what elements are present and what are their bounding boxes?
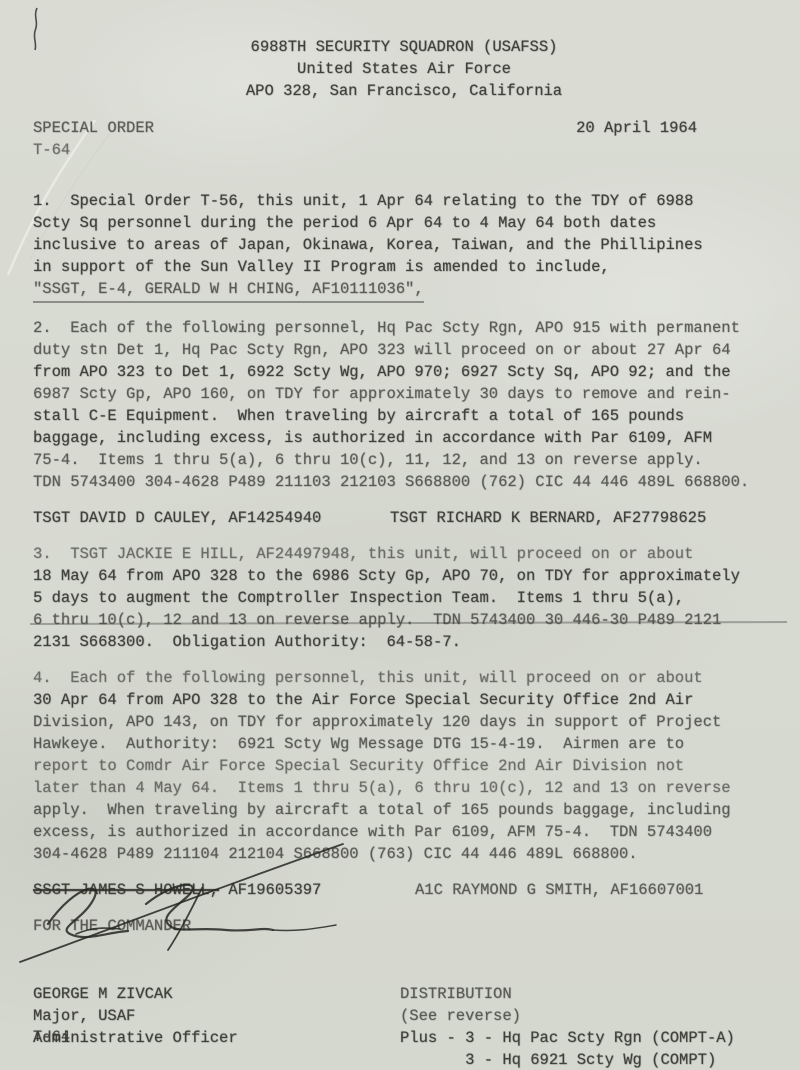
distribution-line: 3 - Hq 6921 Scty Wg (COMPT) — [400, 1049, 735, 1070]
text-line: Hawkeye. Authority: 6921 Scty Wg Message… — [33, 733, 775, 755]
paragraph-1: 1. Special Order T-56, this unit, 1 Apr … — [33, 190, 775, 303]
text-line: 3. TSGT JACKIE E HILL, AF24497948, this … — [33, 543, 775, 565]
document-page: 6988TH SECURITY SQUADRON (USAFSS) United… — [0, 0, 800, 1070]
text-line: from APO 323 to Det 1, 6922 Scty Wg, APO… — [33, 361, 775, 383]
signer-title: Administrative Officer — [33, 1027, 400, 1049]
text-line: 304-4628 P489 211104 212104 S668800 (763… — [33, 843, 775, 865]
unit-address: APO 328, San Francisco, California — [33, 80, 775, 102]
text-line: stall C-E Equipment. When traveling by a… — [33, 405, 775, 427]
text-line: inclusive to areas of Japan, Okinawa, Ko… — [33, 234, 775, 256]
personnel-line-2: SSGT JAMES S HOWELL, AF19605397 A1C RAYM… — [33, 879, 775, 901]
order-number: T-64 — [33, 139, 154, 161]
struck-text-line: 6 thru 10(c), 12 and 13 on reverse apply… — [33, 609, 775, 631]
text-line: Scty Sq personnel during the period 6 Ap… — [33, 212, 775, 234]
signature-block: GEORGE M ZIVCAK Major, USAF Administrati… — [33, 983, 400, 1070]
document-content: 6988TH SECURITY SQUADRON (USAFSS) United… — [0, 0, 800, 1070]
text-line: 2. Each of the following personnel, Hq P… — [33, 317, 775, 339]
closing-authority-line: FOR THE COMMANDER — [33, 915, 775, 937]
personnel-line-1: TSGT DAVID D CAULEY, AF14254940 TSGT RIC… — [33, 507, 775, 529]
text-line: 75-4. Items 1 thru 5(a), 6 thru 10(c), 1… — [33, 449, 775, 471]
text-line: apply. When traveling by aircraft a tota… — [33, 799, 775, 821]
text-line: report to Comdr Air Force Special Securi… — [33, 755, 775, 777]
text-line: 18 May 64 from APO 328 to the 6986 Scty … — [33, 565, 775, 587]
signature-and-distribution: GEORGE M ZIVCAK Major, USAF Administrati… — [33, 983, 775, 1070]
paragraph-4: 4. Each of the following personnel, this… — [33, 667, 775, 865]
text-line: 5 days to augment the Comptroller Inspec… — [33, 587, 775, 609]
personnel-name: TSGT DAVID D CAULEY, AF14254940 — [33, 507, 390, 529]
personnel-name: A1C RAYMOND G SMITH, AF16607001 — [415, 879, 703, 901]
text-line: 4. Each of the following personnel, this… — [33, 667, 775, 689]
struck-personnel-name: SSGT JAMES S HOWELL, — [33, 881, 219, 899]
text-line: 1. Special Order T-56, this unit, 1 Apr … — [33, 190, 775, 212]
distribution-line: (See reverse) — [400, 1005, 735, 1027]
text-line: in support of the Sun Valley II Program … — [33, 256, 775, 278]
text-line: duty stn Det 1, Hq Pac Scty Rgn, APO 323… — [33, 339, 775, 361]
distribution-block: DISTRIBUTION (See reverse) Plus - 3 - Hq… — [400, 983, 735, 1070]
text-line: 30 Apr 64 from APO 328 to the Air Force … — [33, 689, 775, 711]
text-line: baggage, including excess, is authorized… — [33, 427, 775, 449]
distribution-title: DISTRIBUTION — [400, 983, 735, 1005]
text-line: TDN 5743400 304-4628 P489 211103 212103 … — [33, 471, 775, 493]
text-line: 2131 S668300. Obligation Authority: 64-5… — [33, 631, 775, 653]
order-id-block: SPECIAL ORDER T-64 — [33, 117, 154, 161]
text-line: Division, APO 143, on TDY for approximat… — [33, 711, 775, 733]
personnel-name: TSGT RICHARD K BERNARD, AF27798625 — [390, 507, 706, 529]
amended-name-line: "SSGT, E-4, GERALD W H CHING, AF10111036… — [33, 278, 775, 303]
paragraph-2: 2. Each of the following personnel, Hq P… — [33, 317, 775, 493]
service-name: United States Air Force — [33, 58, 775, 80]
text-line: later than 4 May 64. Items 1 thru 5(a), … — [33, 777, 775, 799]
text-line: excess, is authorized in accordance with… — [33, 821, 775, 843]
page-order-number: T-64 — [33, 1028, 70, 1046]
paragraph-3: 3. TSGT JACKIE E HILL, AF24497948, this … — [33, 543, 775, 653]
order-date: 20 April 1964 — [576, 117, 697, 161]
personnel-serial: AF19605397 — [219, 881, 321, 899]
signer-rank: Major, USAF — [33, 1005, 400, 1027]
unit-name: 6988TH SECURITY SQUADRON (USAFSS) — [33, 36, 775, 58]
distribution-line: Plus - 3 - Hq Pac Scty Rgn (COMPT-A) — [400, 1027, 735, 1049]
text-line: 6987 Scty Gp, APO 160, on TDY for approx… — [33, 383, 775, 405]
personnel-name: SSGT JAMES S HOWELL, AF19605397 — [33, 879, 415, 901]
signer-name: GEORGE M ZIVCAK — [33, 983, 400, 1005]
order-header: SPECIAL ORDER T-64 20 April 1964 — [33, 117, 775, 161]
order-label: SPECIAL ORDER — [33, 117, 154, 139]
underlined-quote: "SSGT, E-4, GERALD W H CHING, AF10111036… — [33, 278, 424, 303]
letterhead: 6988TH SECURITY SQUADRON (USAFSS) United… — [33, 36, 775, 102]
